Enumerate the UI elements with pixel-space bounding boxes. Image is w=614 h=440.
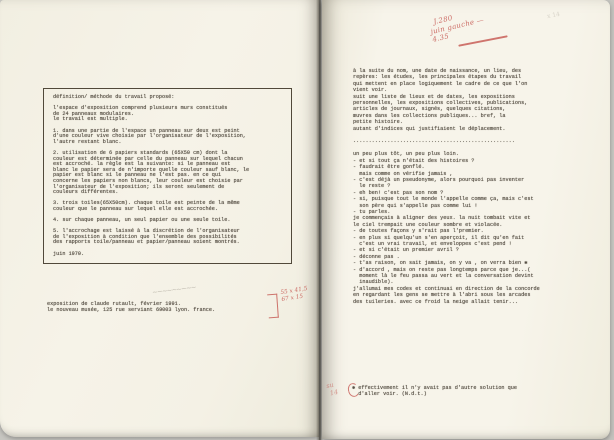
- red-gutter-scribble: su 14: [325, 380, 338, 398]
- definition-method-text: définition/ méthode du travail proposé: …: [44, 89, 291, 257]
- right-page: J.280 juin gauche — 4.35 x 14 à la suite…: [322, 0, 610, 439]
- red-strikethrough-mark: [458, 35, 507, 47]
- pencil-faint-annotation: x 14: [546, 11, 560, 20]
- typed-text-box: définition/ méthode du travail proposé: …: [43, 88, 292, 264]
- red-bracket-annotation: [267, 294, 279, 319]
- exhibition-caption: exposition de claude rutault, février 19…: [47, 302, 215, 314]
- red-dimension-annotation: 55 x 41,5 67 x 15: [280, 286, 309, 304]
- narrative-text: à la suite du nom, une date de naissance…: [353, 68, 540, 305]
- scanned-document-spread: définition/ méthode du travail proposé: …: [0, 0, 614, 440]
- left-page: définition/ méthode du travail proposé: …: [0, 0, 319, 437]
- red-handwriting-top: J.280 juin gauche — 4.35: [428, 7, 487, 44]
- footnote-text: ✱ effectivement il n'y avait pas d'autre…: [352, 385, 517, 397]
- pencil-annotation: ~~~~~~~~~: [152, 283, 196, 296]
